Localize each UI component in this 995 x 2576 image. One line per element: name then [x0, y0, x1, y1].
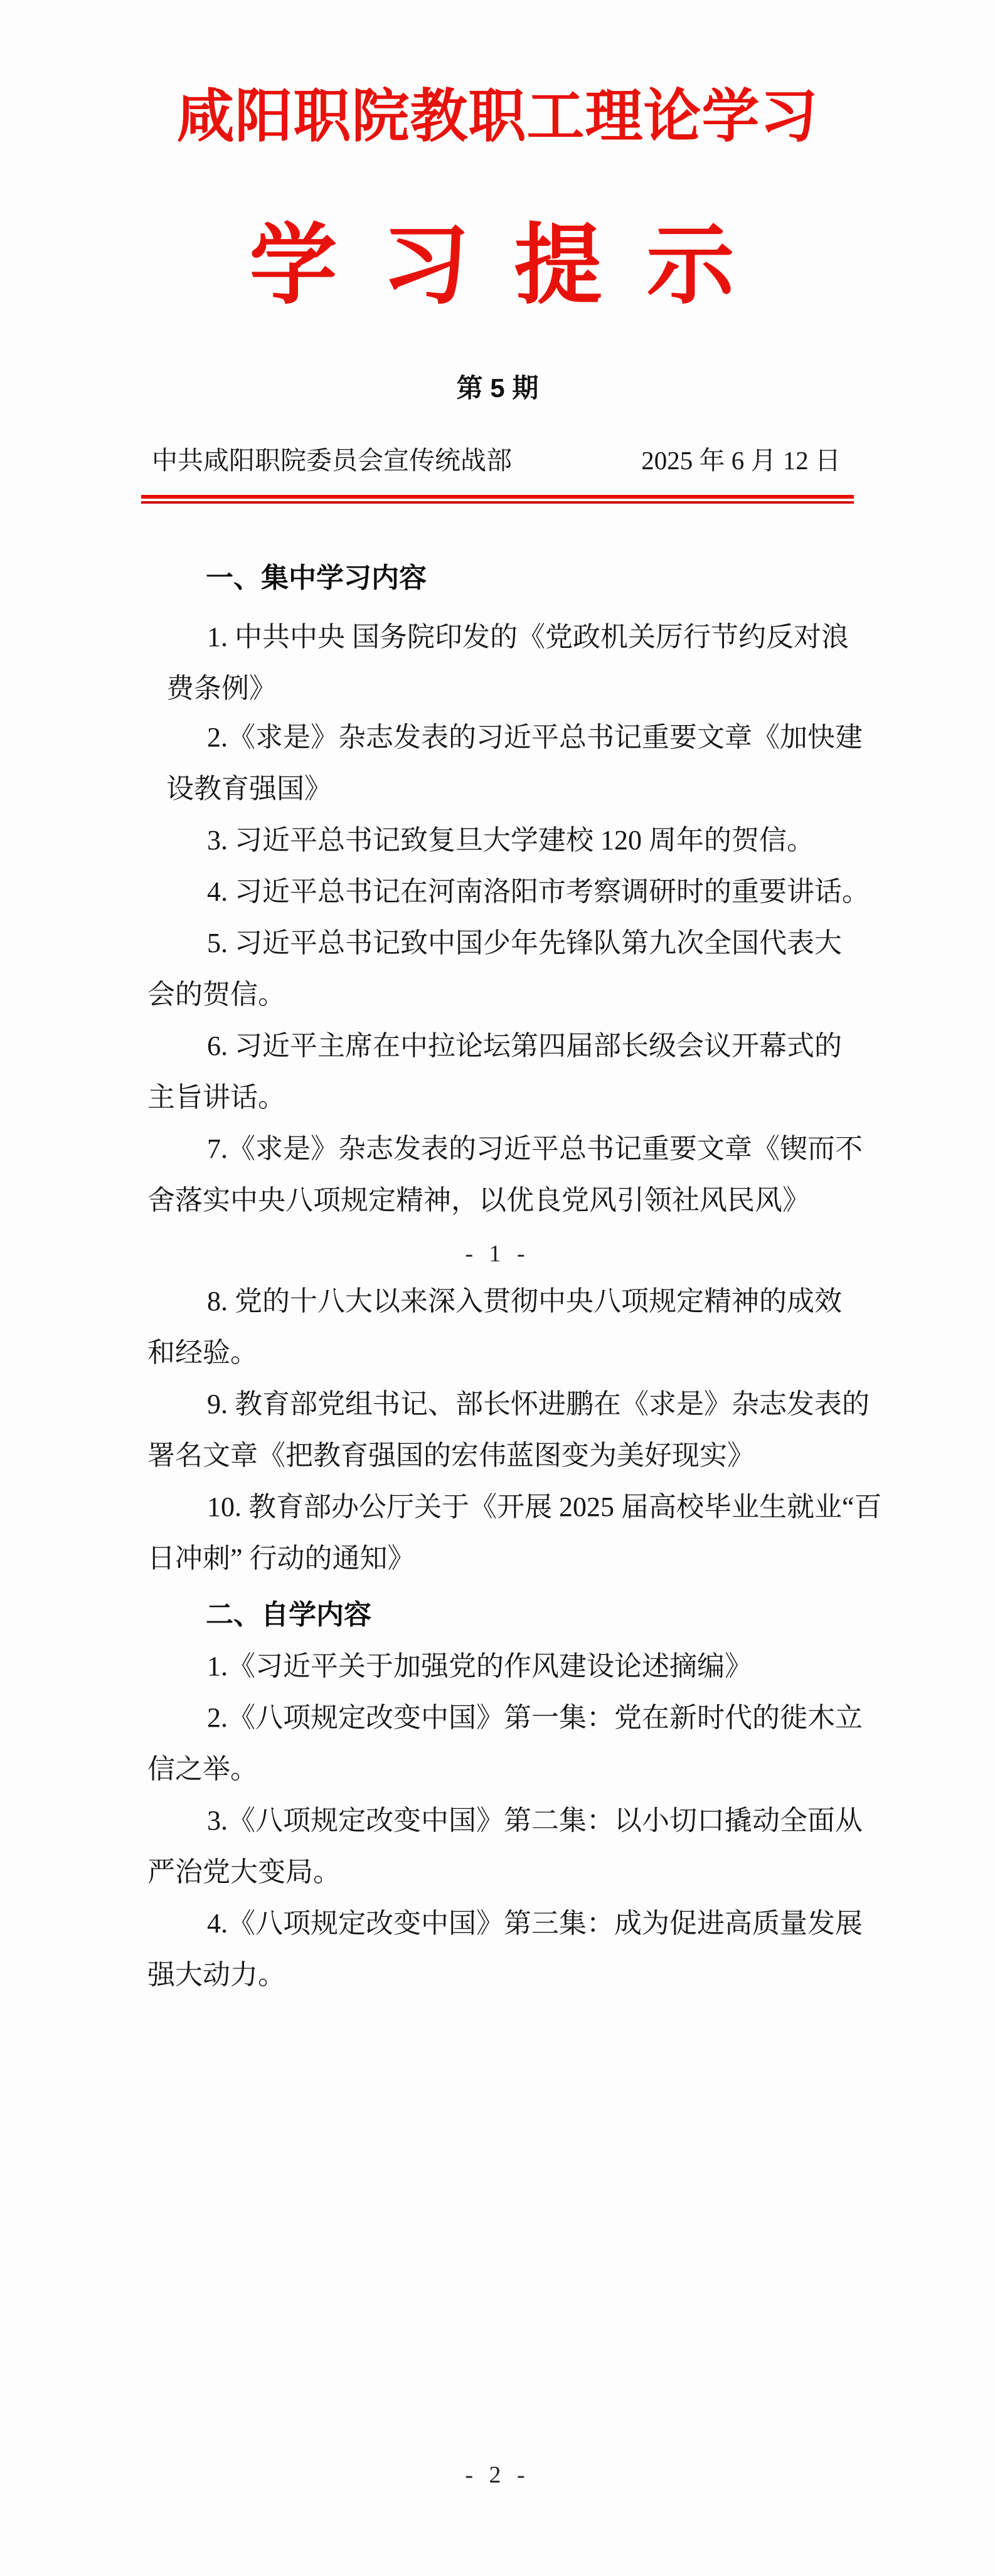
- body-line: 1. 中共中央 国务院印发的《党政机关厉行节约反对浪: [147, 622, 863, 654]
- body-line: 会的贺信。: [147, 979, 863, 1011]
- body-line: 主旨讲话。: [147, 1082, 863, 1114]
- red-divider-bottom: [141, 501, 854, 504]
- body-line: 10. 教育部办公厅关于《开展 2025 届高校毕业生就业“百: [147, 1492, 863, 1524]
- body-line: 6. 习近平主席在中拉论坛第四届部长级会议开幕式的: [147, 1031, 863, 1063]
- body-line: 4.《八项规定改变中国》第三集：成为促进高质量发展: [147, 1908, 863, 1940]
- section-heading-2: 二、自学内容: [206, 1599, 865, 1631]
- section-heading-1: 一、集中学习内容: [206, 563, 865, 595]
- issue-date: 2025 年 6 月 12 日: [641, 447, 841, 475]
- body-line: 3.《八项规定改变中国》第二集：以小切口撬动全面从: [147, 1805, 863, 1837]
- body-line: 严治党大变局。: [147, 1857, 863, 1889]
- issue-number: 第 5 期: [0, 368, 995, 405]
- body-line: 强大动力。: [147, 1959, 863, 1991]
- publisher-name: 中共咸阳职院委员会宣传统战部: [152, 447, 512, 475]
- body-line: 2.《求是》杂志发表的习近平总书记重要文章《加快建: [147, 722, 863, 754]
- body-line: 和经验。: [147, 1337, 863, 1369]
- body-line: 信之举。: [147, 1754, 863, 1786]
- page-footer-2: - 2 -: [0, 2462, 995, 2489]
- body-line: 署名文章《把教育强国的宏伟蓝图变为美好现实》: [147, 1440, 863, 1472]
- body-line: 5. 习近平总书记致中国少年先锋队第九次全国代表大: [147, 928, 863, 960]
- body-line: 舍落实中央八项规定精神，以优良党风引领社风民风》: [147, 1185, 863, 1217]
- publisher-row: 中共咸阳职院委员会宣传统战部 2025 年 6 月 12 日: [152, 447, 841, 475]
- body-line: 日冲刺” 行动的通知》: [147, 1543, 863, 1575]
- page-footer-1: - 1 -: [0, 1241, 995, 1268]
- body-line: 7.《求是》杂志发表的习近平总书记重要文章《锲而不: [147, 1133, 863, 1165]
- document-page: 咸阳职院教职工理论学习 学 习 提 示 第 5 期 中共咸阳职院委员会宣传统战部…: [0, 0, 995, 2576]
- banner-title: 学 习 提 示: [0, 218, 995, 315]
- body-line: 1.《习近平关于加强党的作风建设论述摘编》: [147, 1651, 863, 1683]
- body-line: 9. 教育部党组书记、部长怀进鹏在《求是》杂志发表的: [147, 1389, 863, 1421]
- masthead-title: 咸阳职院教职工理论学习: [0, 85, 995, 149]
- body-line: 设教育强国》: [147, 773, 863, 805]
- red-divider-top: [141, 495, 854, 499]
- body-line: 费条例》: [147, 673, 863, 705]
- body-line: 2.《八项规定改变中国》第一集：党在新时代的徙木立: [147, 1702, 863, 1734]
- body-line: 4. 习近平总书记在河南洛阳市考察调研时的重要讲话。: [147, 876, 863, 908]
- body-line: 3. 习近平总书记致复旦大学建校 120 周年的贺信。: [147, 825, 863, 857]
- body-line: 8. 党的十八大以来深入贯彻中央八项规定精神的成效: [147, 1286, 863, 1318]
